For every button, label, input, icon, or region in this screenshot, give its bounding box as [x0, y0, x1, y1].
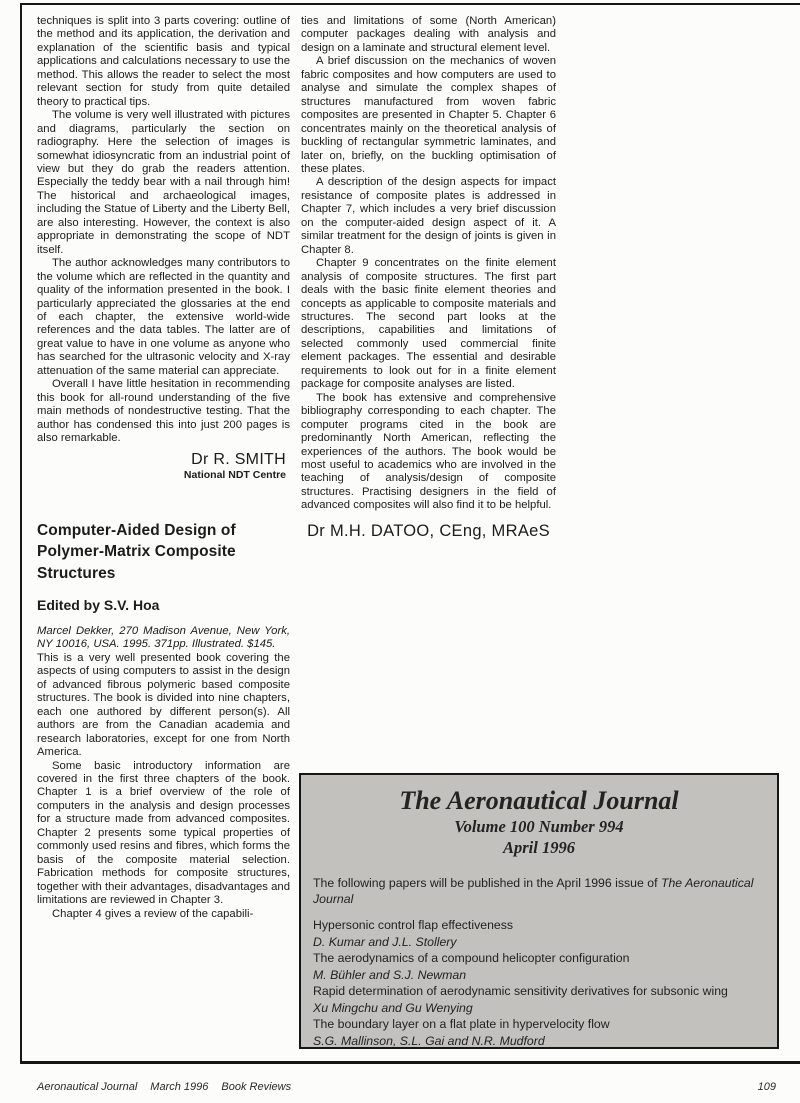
paper-authors: M. Bühler and S.J. Newman: [313, 967, 765, 984]
review-paragraph: A brief discussion on the mechanics of w…: [301, 55, 556, 176]
review-paragraph: techniques is split into 3 parts coverin…: [37, 15, 290, 109]
scanned-journal-page: techniques is split into 3 parts coverin…: [0, 0, 800, 1103]
review-paragraph: Some basic introductory information are …: [37, 760, 290, 908]
paper-authors: S.G. Mallinson, S.L. Gai and N.R. Mudfor…: [313, 1033, 765, 1050]
announcement-intro: The following papers will be published i…: [313, 875, 765, 907]
page-footer: Aeronautical JournalMarch 1996Book Revie…: [37, 1081, 776, 1093]
announcement-paper-list: Hypersonic control flap effectiveness D.…: [313, 917, 765, 1049]
reviewer-affiliation: National NDT Centre: [37, 469, 286, 482]
announcement-date-line: April 1996: [301, 837, 777, 858]
paper-entry: The boundary layer on a flat plate in hy…: [313, 1016, 765, 1049]
book-editor-line: Edited by S.V. Hoa: [37, 597, 290, 613]
page-border-bottom: [20, 1061, 800, 1064]
footer-running-title: Aeronautical JournalMarch 1996Book Revie…: [37, 1081, 304, 1093]
page-border-left: [20, 3, 22, 1064]
page-border-top: [20, 3, 800, 5]
right-column: ties and limitations of some (North Amer…: [301, 15, 556, 541]
announcement-box: The Aeronautical Journal Volume 100 Numb…: [299, 773, 779, 1049]
review-paragraph: Chapter 9 concentrates on the finite ele…: [301, 257, 556, 392]
paper-entry: Rapid determination of aerodynamic sensi…: [313, 983, 765, 1016]
paper-title: The boundary layer on a flat plate in hy…: [313, 1016, 765, 1033]
left-column: techniques is split into 3 parts coverin…: [37, 15, 290, 921]
page-number: 109: [758, 1081, 776, 1093]
reviewer-signature-block: Dr R. SMITH National NDT Centre: [37, 450, 290, 482]
review-paragraph: The author acknowledges many contributor…: [37, 257, 290, 378]
reviewer-name: Dr M.H. DATOO, CEng, MRAeS: [301, 522, 556, 541]
footer-issue-date: March 1996: [150, 1081, 208, 1093]
book-imprint-line: Marcel Dekker, 270 Madison Avenue, New Y…: [37, 625, 290, 652]
announcement-intro-text: The following papers will be published i…: [313, 876, 661, 890]
review-paragraph: The book has extensive and comprehensive…: [301, 392, 556, 513]
paper-authors: Xu Mingchu and Gu Wenying: [313, 1000, 765, 1017]
review-paragraph: Chapter 4 gives a review of the capabili…: [37, 908, 290, 921]
paper-title: Rapid determination of aerodynamic sensi…: [313, 983, 765, 1000]
review-paragraph: A description of the design aspects for …: [301, 176, 556, 257]
paper-title: The aerodynamics of a compound helicopte…: [313, 950, 765, 967]
paper-authors: D. Kumar and J.L. Stollery: [313, 934, 765, 951]
review-paragraph: The volume is very well illustrated with…: [37, 109, 290, 257]
announcement-journal-title: The Aeronautical Journal: [301, 786, 777, 816]
review-paragraph: Overall I have little hesitation in reco…: [37, 378, 290, 445]
review-paragraph: This is a very well presented book cover…: [37, 652, 290, 760]
footer-section-name: Book Reviews: [221, 1081, 291, 1093]
book-title-heading: Computer-Aided Design of Polymer-Matrix …: [37, 520, 290, 585]
footer-journal-name: Aeronautical Journal: [37, 1081, 137, 1093]
reviewer-name: Dr R. SMITH: [37, 450, 286, 469]
announcement-volume-line: Volume 100 Number 994: [301, 816, 777, 837]
paper-entry: The aerodynamics of a compound helicopte…: [313, 950, 765, 983]
review-paragraph: ties and limitations of some (North Amer…: [301, 15, 556, 55]
paper-entry: Hypersonic control flap effectiveness D.…: [313, 917, 765, 950]
paper-title: Hypersonic control flap effectiveness: [313, 917, 765, 934]
